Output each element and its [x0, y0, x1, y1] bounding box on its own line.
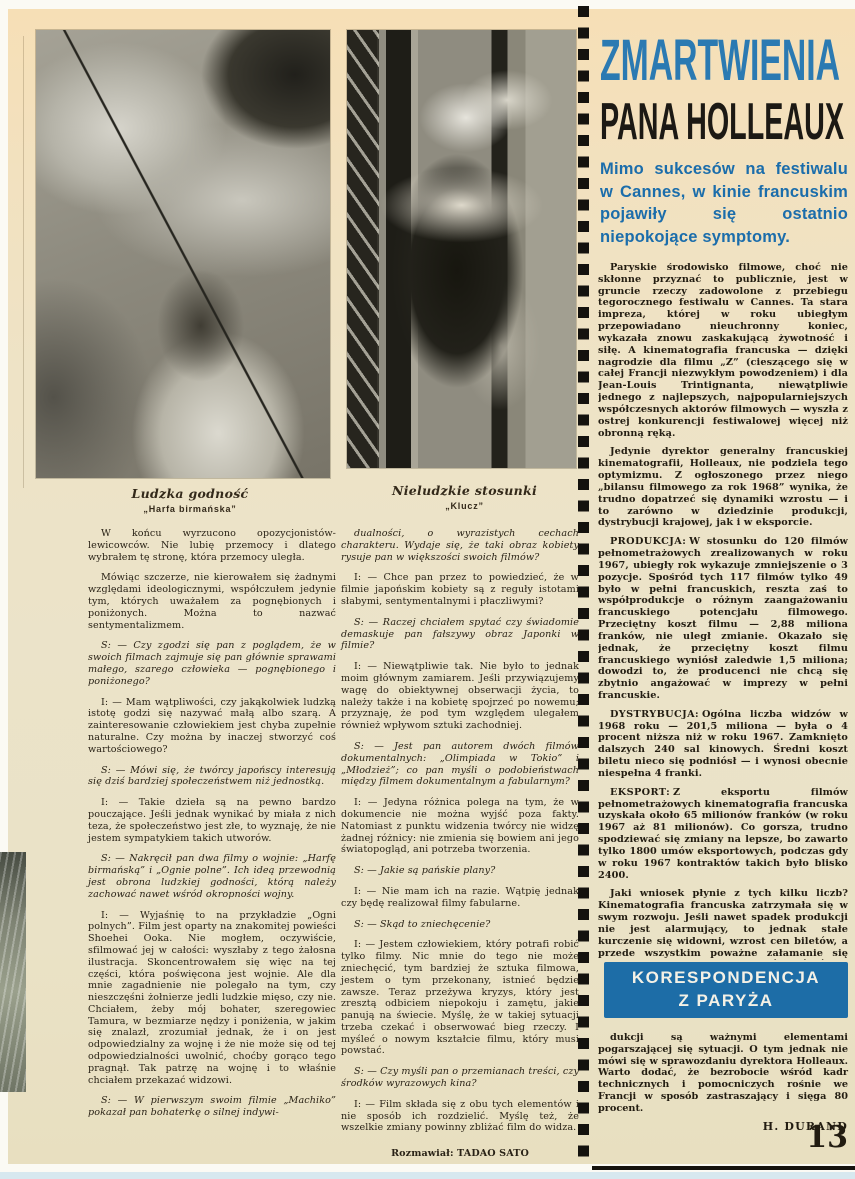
interview-question: S: — Jakie są pańskie plany?	[341, 865, 579, 877]
article-lead: Mimo sukcesów na festiwalu w Cannes, w k…	[600, 158, 848, 248]
article-paragraph: dukcji są ważnymi elementami pogarszając…	[598, 1032, 848, 1115]
film-still-klucz-wall-slats	[347, 30, 379, 468]
correspondence-box-line2: Z PARYŻA	[678, 990, 773, 1013]
paragraph-label: PRODUKCJA:	[610, 536, 686, 547]
interview-answer: I: — Wyjaśnię to na przykładzie „Ogni po…	[88, 910, 336, 1087]
caption-left: Ludzka godność „Harfa birmańska”	[90, 486, 290, 514]
article-body: Paryskie środowisko filmowe, choć nie sk…	[598, 262, 848, 960]
article-paragraph-dystrybucja: DYSTRYBUCJA:Ogólna liczba widzów w 1968 …	[598, 709, 848, 780]
interview-answer: I: — Jestem człowiekiem, który potrafi r…	[341, 939, 579, 1057]
film-still-harfa-birmanska	[36, 30, 330, 478]
next-page-edge-strip	[0, 1172, 855, 1179]
paragraph-label: EKSPORT:	[610, 787, 670, 798]
caption-right: Nieludzkie stosunki „Klucz”	[362, 483, 567, 511]
article-paragraph: Paryskie środowisko filmowe, choć nie sk…	[598, 262, 848, 439]
article-paragraph-produkcja: PRODUKCJA:W stosunku do 120 filmów pełno…	[598, 536, 848, 702]
interview-answer: I: — Jedyna różnica polega na tym, że w …	[341, 797, 579, 856]
article-paragraph: Jaki wniosek płynie z tych kilku liczb? …	[598, 888, 848, 960]
interview-column-middle: dualności, o wyrazistych cechach charakt…	[341, 528, 579, 1169]
interview-question: dualności, o wyrazistych cechach charakt…	[341, 528, 579, 563]
interview-question: S: — W pierwszym swoim filmie „Machiko” …	[88, 1095, 336, 1119]
interview-paragraph: Mówiąc szczerze, nie kierowałem się żadn…	[88, 572, 336, 631]
interview-question: S: — Mówi się, że twórcy japońscy intere…	[88, 765, 336, 789]
interview-question: S: — Czy myśli pan o przemianach treści,…	[341, 1066, 579, 1090]
film-still-klucz	[347, 30, 576, 468]
interview-closing-credit: Rozmawiał: TADAO SATO	[341, 1148, 579, 1160]
caption-right-film: „Klucz”	[362, 501, 567, 511]
interview-paragraph: W końcu wyrzucono opozycjonistów-lewicow…	[88, 528, 336, 563]
correspondence-box-line1: KORESPONDENCJA	[632, 967, 820, 990]
dotted-divider	[578, 6, 589, 1164]
caption-right-title: Nieludzkie stosunki	[362, 483, 567, 498]
interview-column-left: W końcu wyrzucono opozycjonistów-lewicow…	[88, 528, 336, 1128]
interview-question: S: — Skąd to zniechęcenie?	[341, 919, 579, 931]
article-paragraph-eksport: EKSPORT:Z eksportu filmów pełnometrażowy…	[598, 787, 848, 882]
page-crease-line	[23, 36, 24, 488]
article-title-line2-svg: PANA HOLLEAUX	[600, 92, 850, 150]
caption-left-film: „Harfa birmańska”	[90, 504, 290, 514]
article-title-line2: PANA HOLLEAUX	[600, 93, 844, 150]
interview-answer: I: — Chce pan przez to powiedzieć, że w …	[341, 572, 579, 607]
interview-question: S: — Nakręcił pan dwa filmy o wojnie: „H…	[88, 853, 336, 900]
left-edge-photo-strip	[0, 852, 26, 1092]
interview-question: S: — Czy zgodzi się pan z poglądem, że w…	[88, 640, 336, 687]
interview-question: S: — Jest pan autorem dwóch filmów dokum…	[341, 741, 579, 788]
interview-answer: I: — Nie mam ich na razie. Wątpię jednak…	[341, 886, 579, 910]
bottom-rule	[592, 1166, 855, 1170]
interview-answer: I: — Takie dzieła są na pewno bardzo pou…	[88, 797, 336, 844]
interview-answer: I: — Film składa się z obu tych elementó…	[341, 1099, 579, 1134]
interview-answer: I: — Niewątpliwie tak. Nie było to jedna…	[341, 661, 579, 732]
paragraph-label: DYSTRYBUCJA:	[610, 709, 699, 720]
interview-question: S: — Raczej chciałem spytać czy świadomi…	[341, 617, 579, 652]
page-number: 13	[790, 1120, 848, 1155]
article-continuation: dukcji są ważnymi elementami pogarszając…	[598, 1032, 848, 1133]
correspondence-box: KORESPONDENCJA Z PARYŻA	[604, 962, 848, 1018]
article-title-line1: ZMARTWIENIA	[600, 28, 840, 90]
caption-left-title: Ludzka godność	[90, 486, 290, 501]
article-title-line1-svg: ZMARTWIENIA	[600, 28, 850, 90]
interview-answer: I: — Mam wątpliwości, czy jakąkolwiek lu…	[88, 697, 336, 756]
article-paragraph: Jedynie dyrektor generalny francuskiej k…	[598, 446, 848, 529]
